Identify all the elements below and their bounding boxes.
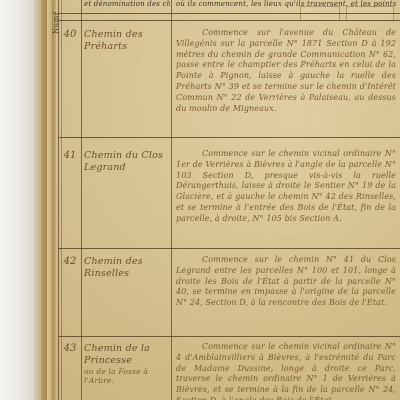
table-rule-vertical bbox=[81, 0, 82, 400]
table-rule-horizontal bbox=[58, 137, 400, 138]
road-description: Commence sur l'avenue du Château de Vill… bbox=[176, 28, 396, 134]
road-name: Chemin des Rinselles bbox=[84, 256, 170, 280]
scanner-background bbox=[0, 0, 34, 400]
scanned-register-page: et dénomination des chemins où ils comme… bbox=[0, 0, 400, 400]
table-rule-vertical bbox=[58, 0, 59, 400]
table-rule-horizontal bbox=[58, 13, 400, 14]
road-name-alias: ou de la Fosse à l'Arbre. bbox=[84, 367, 170, 385]
book-page-edge bbox=[34, 0, 41, 400]
table-rule-horizontal bbox=[58, 336, 400, 337]
row-number: 41 bbox=[60, 150, 80, 161]
row-number: 42 bbox=[60, 256, 80, 267]
road-description: Commence sur le chemin vicinal ordinaire… bbox=[176, 149, 396, 245]
table-rule-vertical bbox=[171, 0, 172, 400]
road-name: Chemin des Préharts bbox=[84, 29, 170, 53]
road-name: Chemin de la Princesse ou de la Fosse à … bbox=[84, 343, 170, 385]
table-rule-horizontal bbox=[58, 248, 400, 249]
table-rule-horizontal bbox=[58, 20, 400, 21]
header-fragment-left: et dénomination des chemins bbox=[84, 0, 170, 9]
road-name-main: Chemin de la Princesse bbox=[84, 343, 150, 366]
table-rule-vertical bbox=[61, 0, 62, 400]
row-number: 43 bbox=[60, 343, 80, 354]
road-name: Chemin du Clos Legrand bbox=[84, 150, 170, 174]
road-description: Commence sur le chemin vicinal ordinaire… bbox=[176, 342, 396, 400]
row-number: 40 bbox=[60, 29, 80, 40]
road-description: Commence sur le chemin N° 41 du Clos Leg… bbox=[176, 255, 396, 333]
